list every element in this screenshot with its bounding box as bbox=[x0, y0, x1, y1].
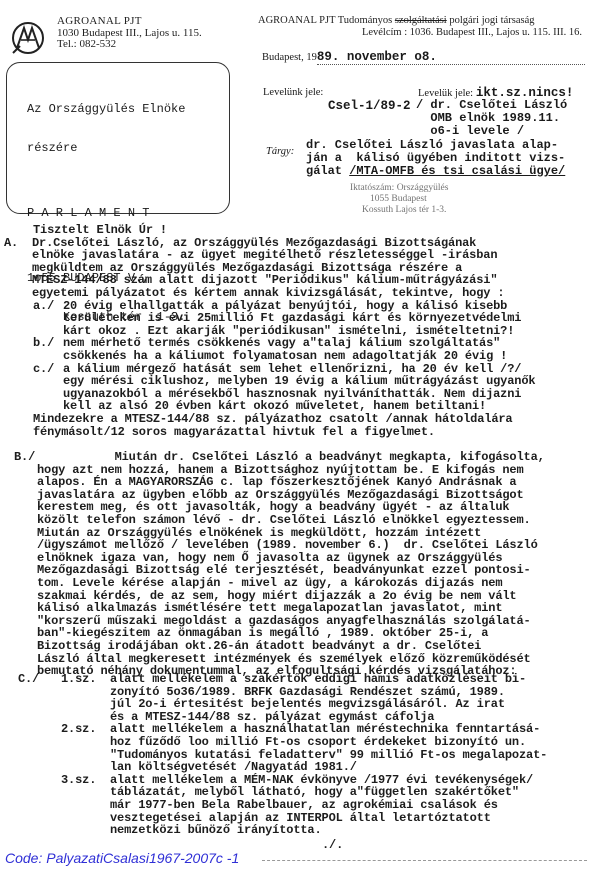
subject: dr. Cselőtei László javaslata alap-ján a… bbox=[306, 139, 565, 178]
stamp-line: Iktatószám: Országgyülés bbox=[350, 183, 448, 194]
company-name: AGROANAL PJT bbox=[57, 16, 202, 28]
agroanal-logo-icon bbox=[10, 20, 46, 56]
item-marker: a./ bbox=[33, 300, 54, 313]
item-marker: b./ bbox=[33, 337, 54, 350]
item-marker: 1.sz. bbox=[61, 673, 96, 686]
date-value: 89. november o8. bbox=[317, 50, 437, 64]
your-ref-details: / dr. Cselőtei László OMB elnök 1989.11.… bbox=[416, 99, 567, 138]
document-code: Code: PalyazatiCsalasi1967-2007c -1 bbox=[5, 850, 239, 866]
subject-line: gálat bbox=[306, 164, 349, 178]
item-marker: c./ bbox=[33, 363, 54, 376]
our-ref-value: Csel-1/89-2 bbox=[328, 99, 411, 113]
recipient-line: részére bbox=[27, 142, 185, 155]
company-phone: Tel.: 082-532 bbox=[57, 39, 202, 51]
body-line: fénymásolt/12 soros magyarázattal hivtuk… bbox=[33, 426, 435, 439]
item-marker: 2.sz. bbox=[61, 723, 96, 736]
item-marker: 3.sz. bbox=[61, 774, 96, 787]
section-marker: C./ bbox=[18, 673, 39, 686]
end-mark: ./. bbox=[322, 839, 343, 852]
our-ref-label: Levelünk jele: bbox=[263, 87, 323, 98]
letterhead-company-type: polgári jogi társaság bbox=[447, 15, 535, 26]
subject-label: Tárgy: bbox=[266, 146, 294, 157]
body-line: nemzetközi bűnöző irányította. bbox=[110, 824, 322, 837]
recipient-line: Az Országgyülés Elnöke bbox=[27, 103, 185, 116]
our-ref-value-wrap: Csel-1/89-2 bbox=[328, 99, 411, 113]
section-marker: B./ bbox=[14, 451, 35, 464]
date-label: Budapest, 19 bbox=[262, 52, 317, 63]
received-stamp: Iktatószám: Országgyülés1055 BudapestKos… bbox=[350, 183, 448, 216]
letterhead-right: AGROANAL PJT Tudományos szolgáltatási po… bbox=[258, 15, 586, 39]
letterhead-company-line: AGROANAL PJT Tudományos bbox=[258, 15, 395, 26]
recipient-line: P A R L A M E N T bbox=[27, 207, 185, 220]
subject-underlined: /MTA-OMFB és tsi csalási ügye/ bbox=[349, 164, 565, 178]
footer-divider bbox=[262, 860, 587, 861]
our-ref-label-wrap: Levelünk jele: bbox=[263, 86, 323, 98]
letterhead-left: AGROANAL PJT 1030 Budapest III., Lajos u… bbox=[57, 16, 202, 51]
date-field: Budapest, 1989. november o8. bbox=[262, 50, 585, 65]
letterhead-mail-address: Levélcím : 1036. Budapest III., Lajos u.… bbox=[258, 27, 586, 39]
your-ref-line: o6-i levele / bbox=[416, 125, 567, 138]
struck-word: szolgáltatási bbox=[395, 15, 447, 26]
section-marker: A. bbox=[4, 237, 18, 250]
stamp-line: 1055 Budapest bbox=[350, 194, 448, 205]
stamp-line: Kossuth Lajos tér 1-3. bbox=[350, 205, 448, 216]
